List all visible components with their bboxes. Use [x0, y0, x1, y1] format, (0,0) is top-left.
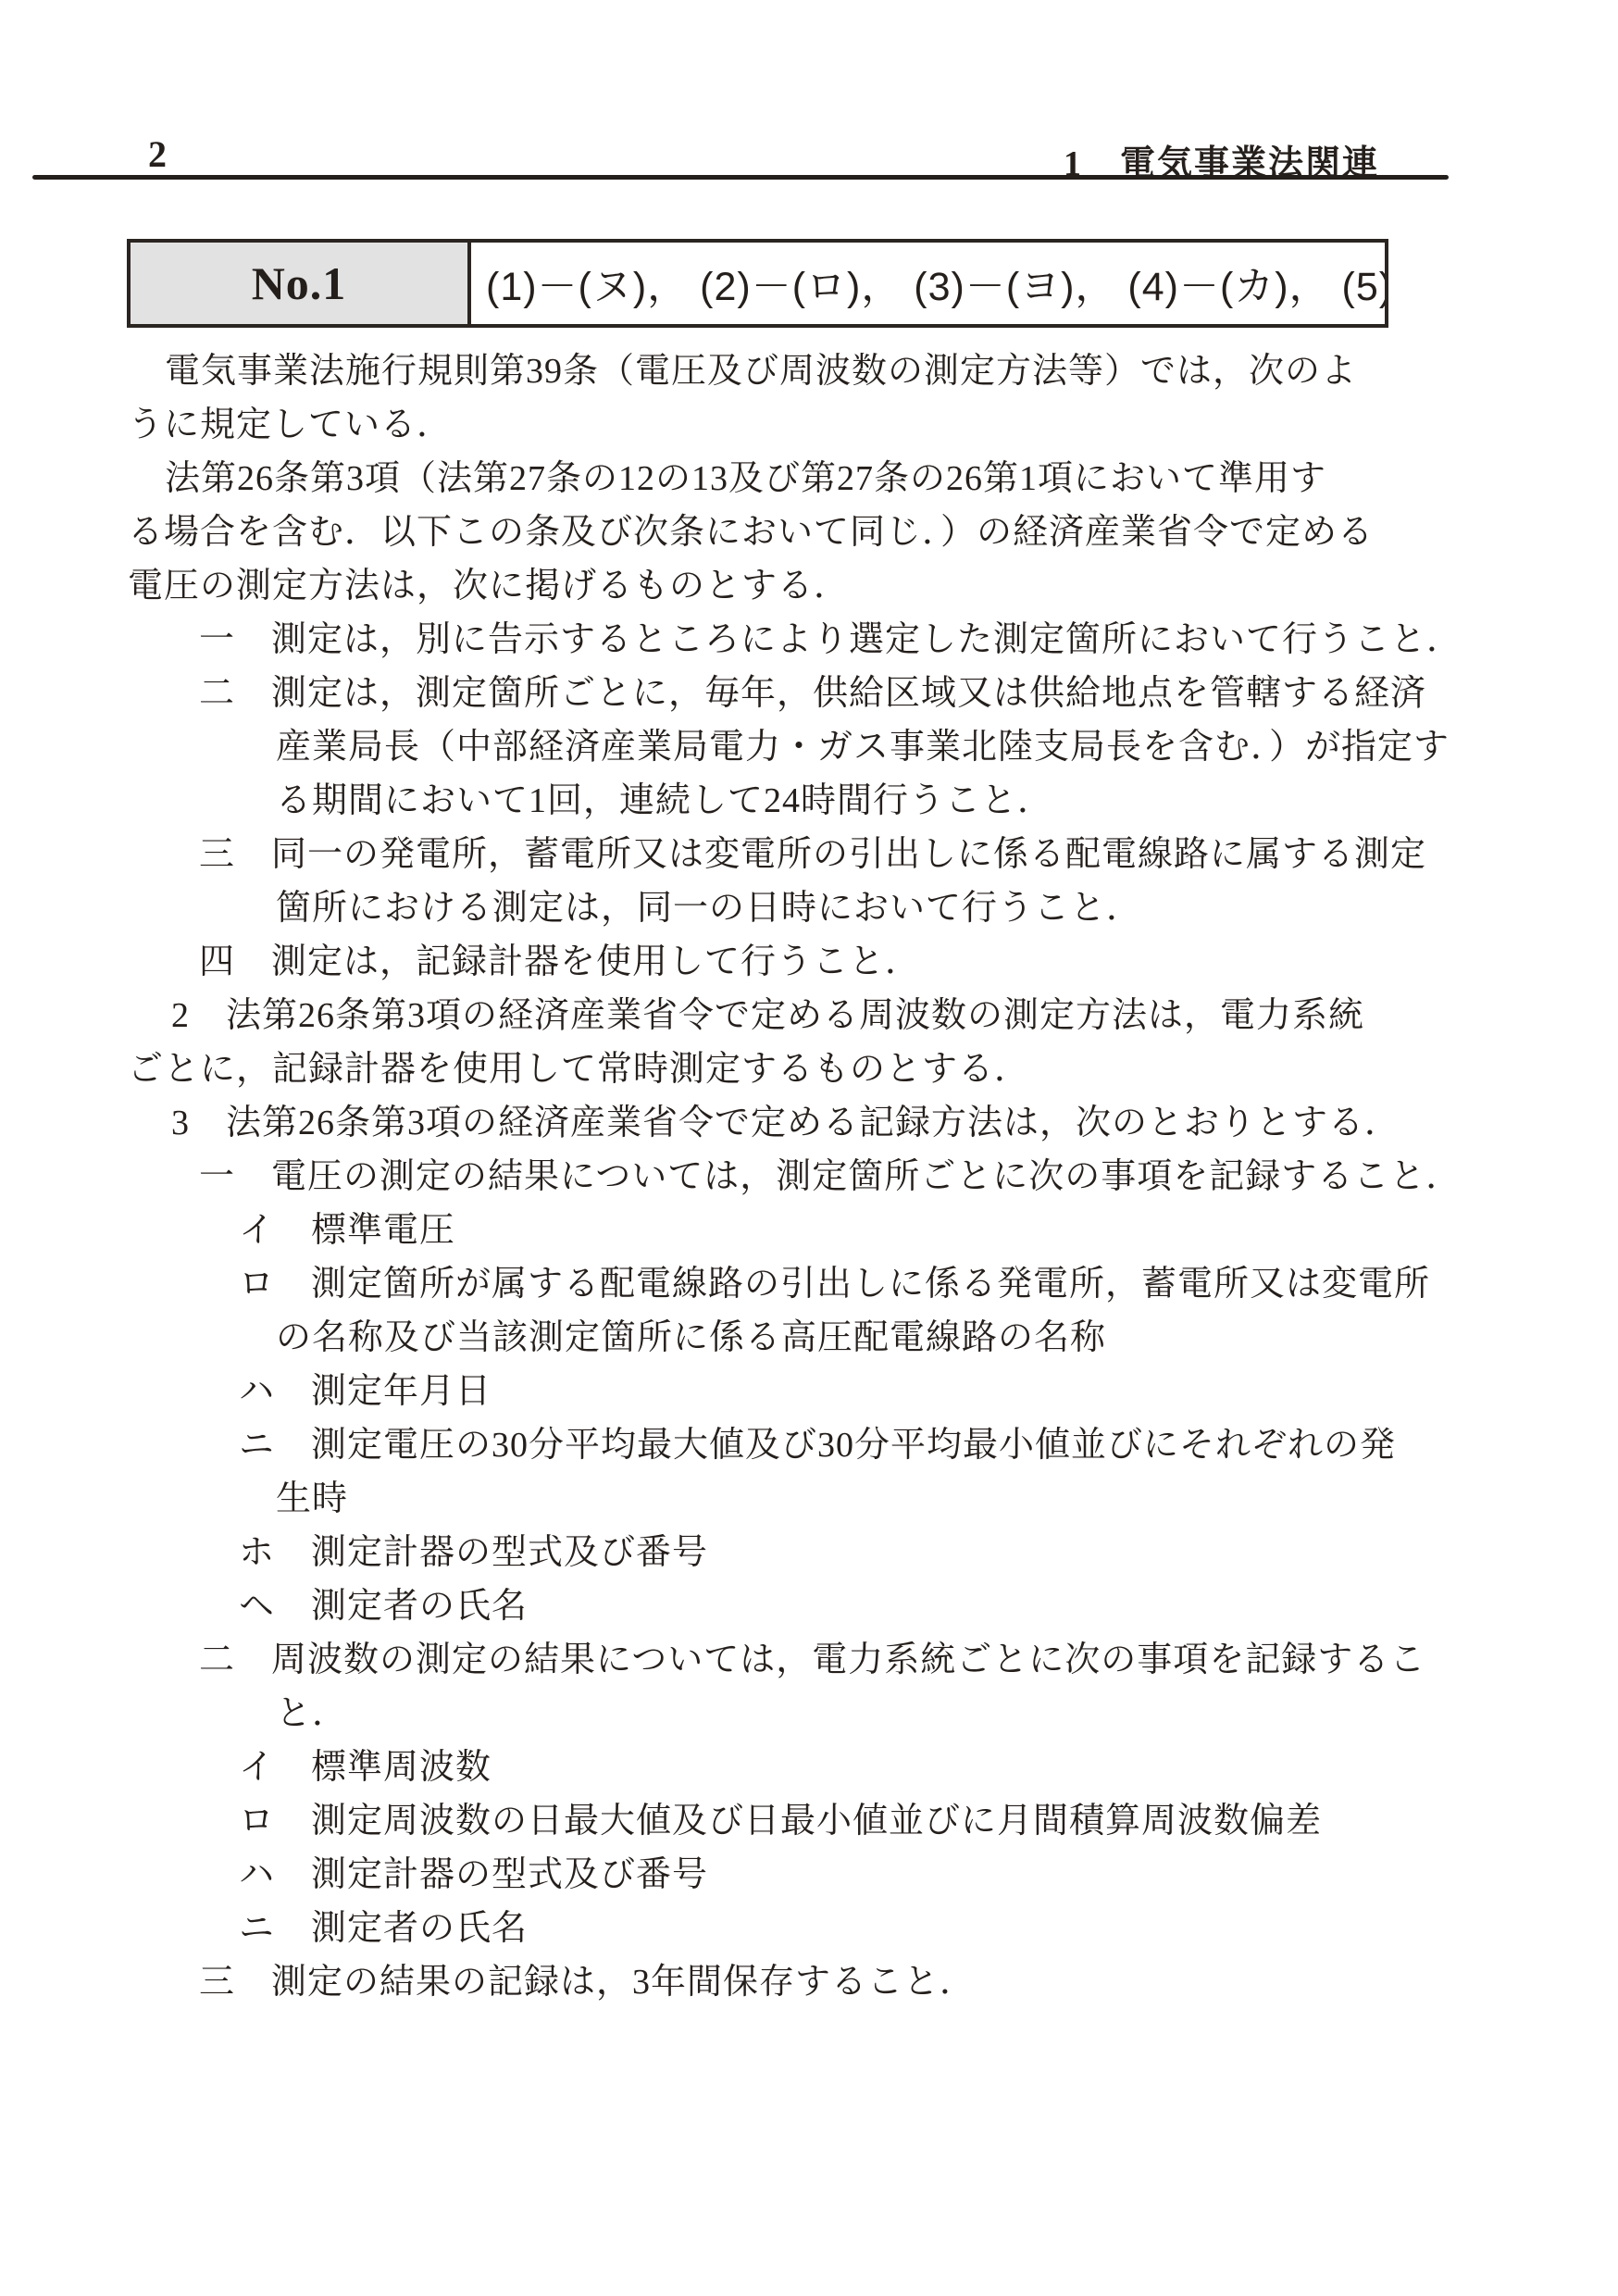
- body-text: 電気事業法施行規則第39条（電圧及び周波数の測定方法等）では，次のように規定して…: [0, 344, 1618, 2009]
- body-line: 三 測定の結果の記録は，3年間保存すること．: [0, 1955, 1618, 2009]
- body-line: ニ 測定電圧の30分平均最大値及び30分平均最小値並びにそれぞれの発: [0, 1418, 1618, 1472]
- body-line: イ 標準周波数: [0, 1741, 1618, 1794]
- body-line: ニ 測定者の氏名: [0, 1902, 1618, 1955]
- answer-values: (1)－(ヌ)， (2)－(ロ)， (3)－(ヨ)， (4)－(カ)， (5)－…: [471, 243, 1385, 324]
- body-line: 生時: [0, 1472, 1618, 1526]
- body-line: 一 電圧の測定の結果については，測定箇所ごとに次の事項を記録すること．: [0, 1150, 1618, 1204]
- book-page: 2 1 電気事業法関連 No.1 (1)－(ヌ)， (2)－(ロ)， (3)－(…: [0, 0, 1618, 2296]
- body-line: うに規定している．: [0, 398, 1618, 452]
- body-line: 三 同一の発電所，蓄電所又は変電所の引出しに係る配電線路に属する測定: [0, 828, 1618, 881]
- body-line: 二 測定は，測定箇所ごとに，毎年，供給区域又は供給地点を管轄する経済: [0, 667, 1618, 720]
- body-line: 一 測定は，別に告示するところにより選定した測定箇所において行うこと．: [0, 613, 1618, 667]
- answer-number-cell: No.1: [131, 243, 471, 324]
- body-line: 箇所における測定は，同一の日時において行うこと．: [0, 881, 1618, 935]
- body-line: 3 法第26条第3項の経済産業省令で定める記録方法は，次のとおりとする．: [0, 1096, 1618, 1150]
- body-line: 電圧の測定方法は，次に掲げるものとする．: [0, 559, 1618, 613]
- body-line: ロ 測定箇所が属する配電線路の引出しに係る発電所，蓄電所又は変電所: [0, 1257, 1618, 1311]
- body-line: 二 周波数の測定の結果については，電力系統ごとに次の事項を記録するこ: [0, 1633, 1618, 1687]
- body-line: 電気事業法施行規則第39条（電圧及び周波数の測定方法等）では，次のよ: [0, 344, 1618, 398]
- body-line: 法第26条第3項（法第27条の12の13及び第27条の26第1項において準用す: [0, 452, 1618, 505]
- body-line: ヘ 測定者の氏名: [0, 1579, 1618, 1633]
- body-line: ごとに，記録計器を使用して常時測定するものとする．: [0, 1042, 1618, 1096]
- body-line: と．: [0, 1687, 1618, 1741]
- body-line: 四 測定は，記録計器を使用して行うこと．: [0, 935, 1618, 989]
- body-line: の名称及び当該測定箇所に係る高圧配電線路の名称: [0, 1311, 1618, 1365]
- problem-number: No.1: [252, 256, 347, 310]
- body-line: ホ 測定計器の型式及び番号: [0, 1526, 1618, 1579]
- body-line: る期間において1回，連続して24時間行うこと．: [0, 774, 1618, 828]
- body-line: る場合を含む．以下この条及び次条において同じ．）の経済産業省令で定める: [0, 505, 1618, 559]
- page-number: 2: [148, 132, 168, 176]
- body-line: ハ 測定計器の型式及び番号: [0, 1848, 1618, 1902]
- body-line: ロ 測定周波数の日最大値及び日最小値並びに月間積算周波数偏差: [0, 1794, 1618, 1848]
- answer-box: No.1 (1)－(ヌ)， (2)－(ロ)， (3)－(ヨ)， (4)－(カ)，…: [127, 239, 1388, 328]
- header-rule: [32, 175, 1449, 180]
- body-line: 2 法第26条第3項の経済産業省令で定める周波数の測定方法は，電力系統: [0, 989, 1618, 1042]
- body-line: 産業局長（中部経済産業局電力・ガス事業北陸支局長を含む．）が指定す: [0, 720, 1618, 774]
- body-line: イ 標準電圧: [0, 1204, 1618, 1257]
- body-line: ハ 測定年月日: [0, 1365, 1618, 1418]
